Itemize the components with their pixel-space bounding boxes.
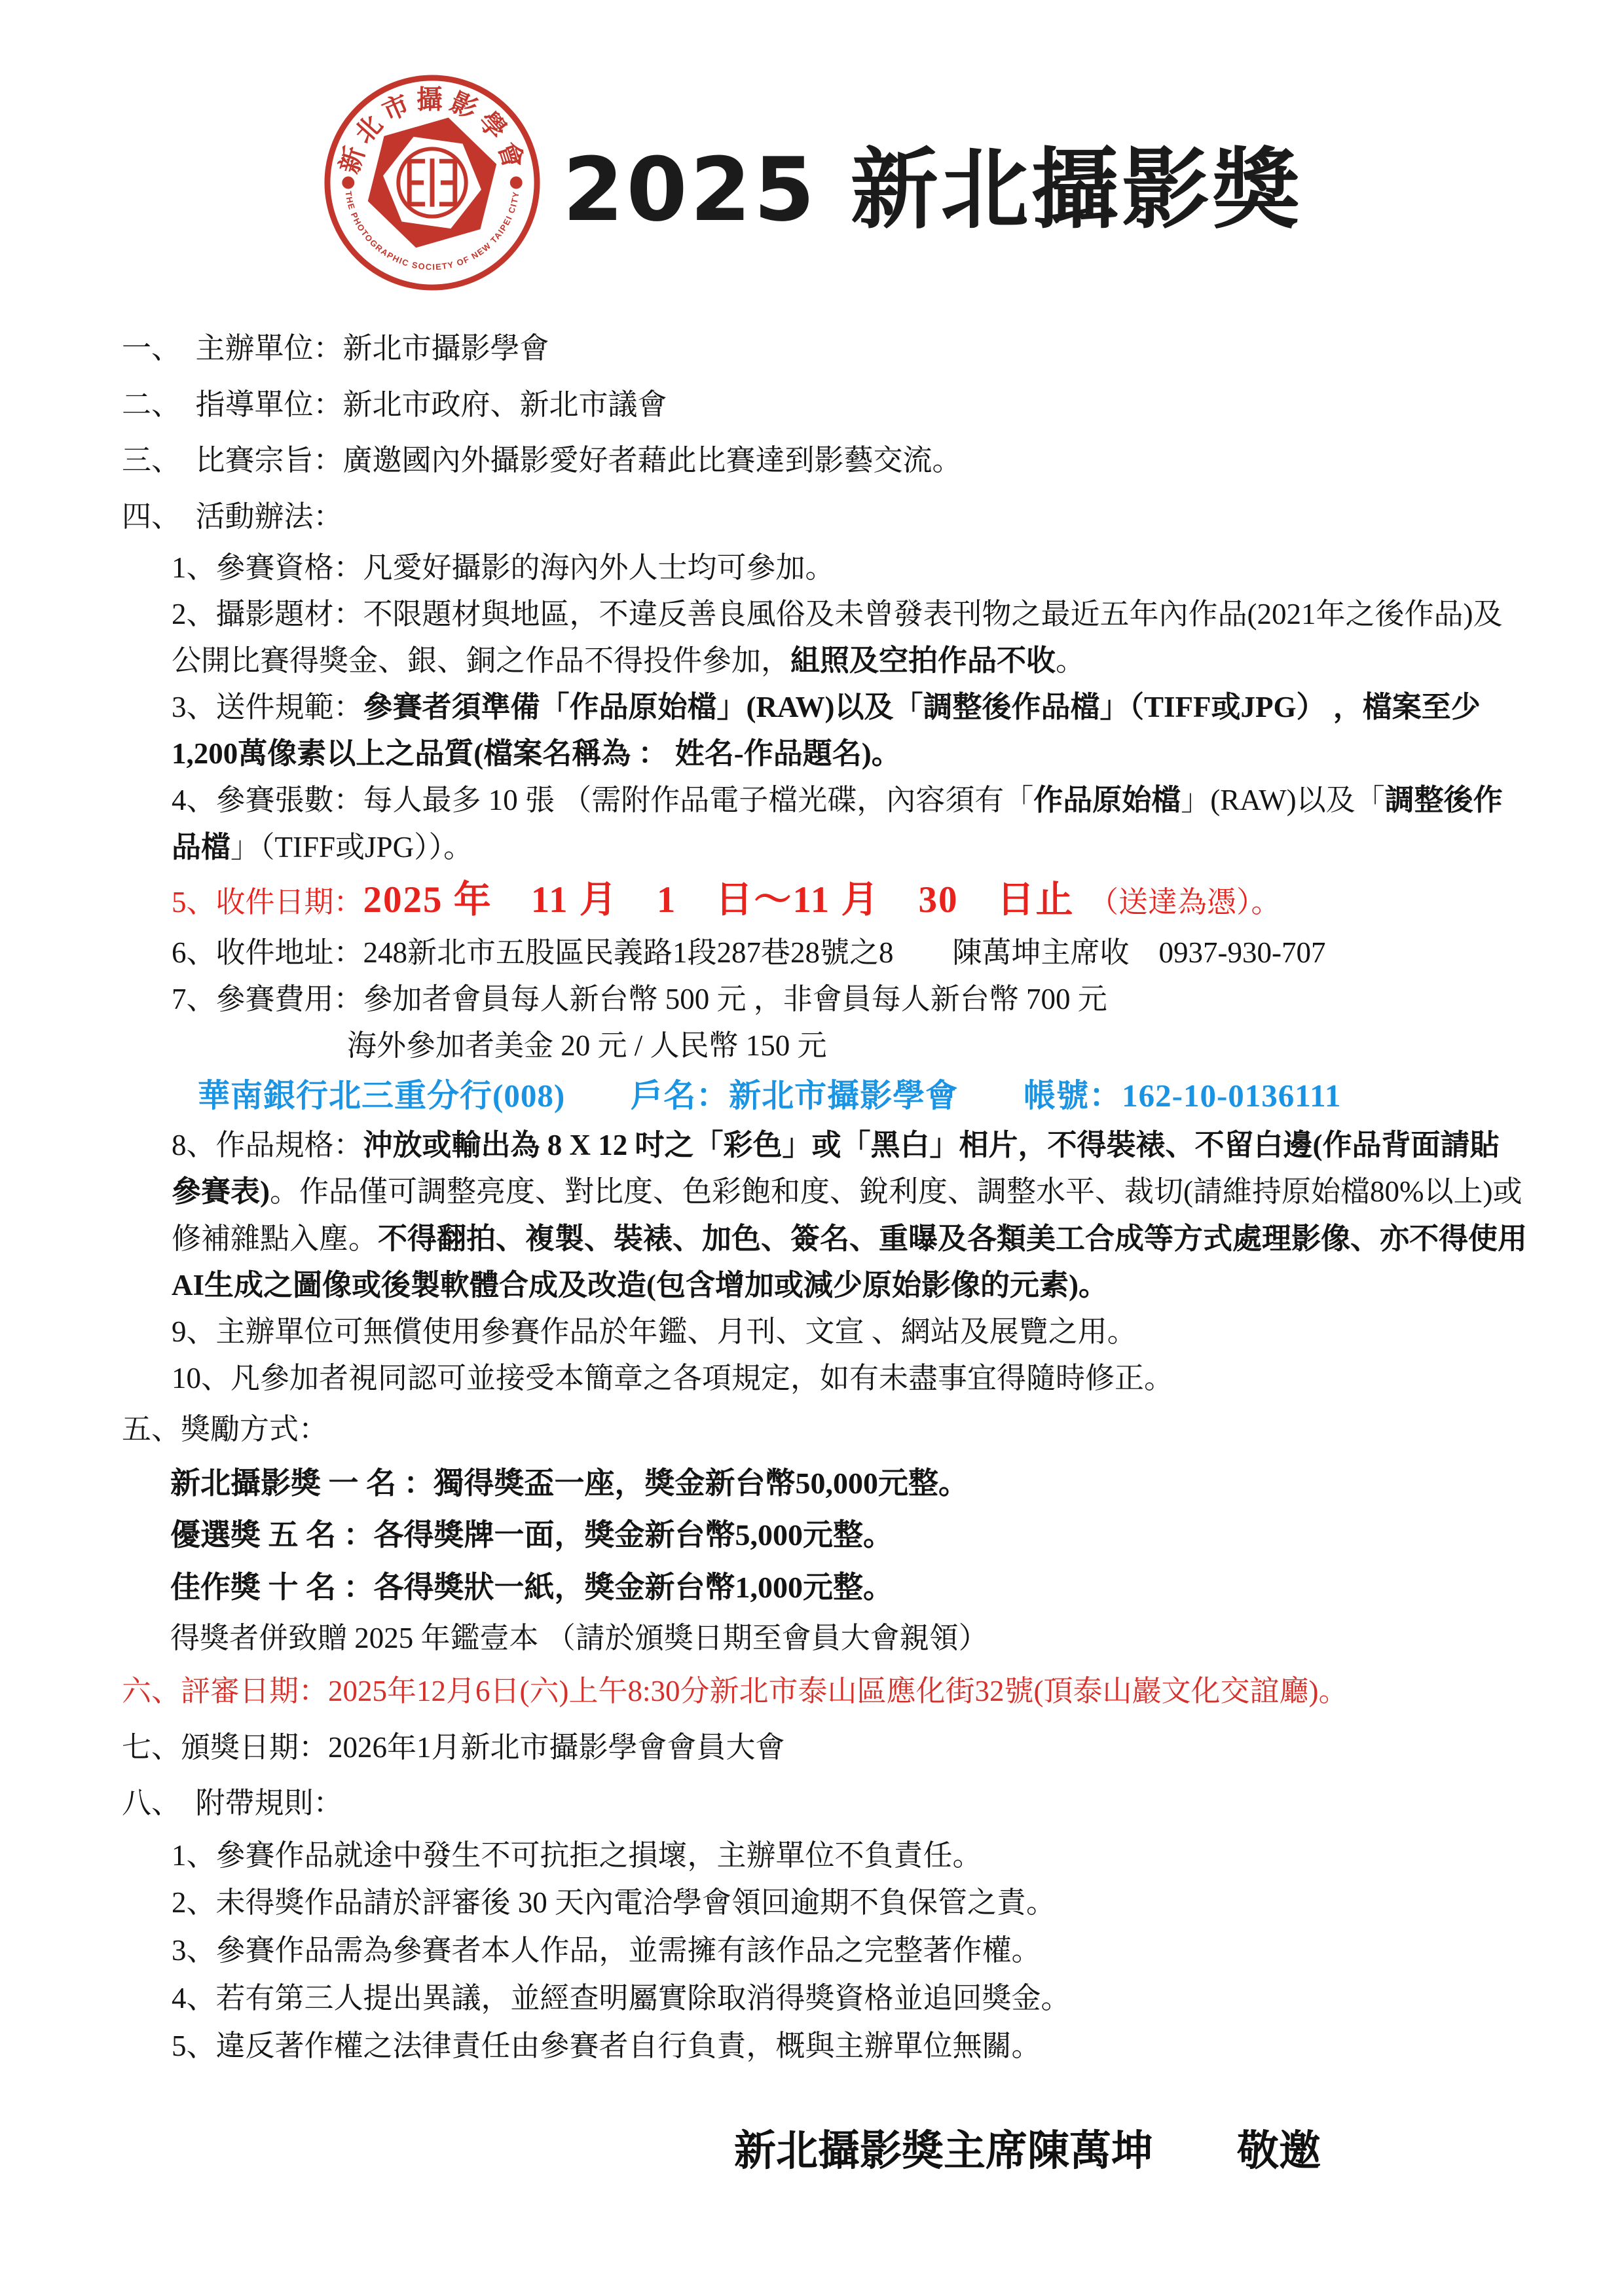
bank-account-line: 華南銀行北三重分行(008) 戶名：新北市攝影學會 帳號：162-10-0136…: [198, 1069, 1528, 1122]
method-item-7-fees: 7、參賽費用：參加者會員每人新台幣 500 元 ，非會員每人新台幣 700 元: [172, 976, 1528, 1023]
award-grand-prize: 新北攝影獎 一 名 ：獨得獎盃一座，獎金新台幣50,000元整。: [170, 1457, 1528, 1509]
seal-right-dot: [510, 177, 523, 189]
section-method-heading: 四、 活動辦法：: [122, 489, 1528, 545]
document-body: 一、 主辦單位：新北市攝影學會 二、 指導單位：新北市政府、新北市議會 三、 比…: [0, 293, 1624, 2178]
section-organizer: 一、 主辦單位：新北市攝影學會: [122, 321, 1528, 377]
segment: 。: [1056, 644, 1085, 677]
method-item-6-address: 6、收件地址：248新北市五股區民義路1段287巷28號之8 陳萬坤主席收 09…: [172, 930, 1528, 976]
rule-item: 2、未得獎作品請於評審後 30 天內電洽學會領回逾期不負保管之責。: [172, 1879, 1528, 1927]
document-header: 新北市攝影學會 THE PHOTOGRAPHIC SOCIETY OF NEW …: [0, 0, 1624, 293]
photographic-society-seal-logo: 新北市攝影學會 THE PHOTOGRAPHIC SOCIETY OF NEW …: [322, 72, 543, 293]
method-list: 1、參賽資格：凡愛好攝影的海內外人士均可參加。 2、攝影題材：不限題材與地區，不…: [172, 545, 1528, 1069]
method-item-1: 1、參賽資格：凡愛好攝影的海內外人士均可參加。: [172, 545, 1528, 591]
section-advisor: 二、 指導單位：新北市政府、新北市議會: [122, 377, 1528, 433]
award-merit-prize: 優選獎 五 名 ：各得獎牌一面，獎金新台幣5,000元整。: [170, 1509, 1528, 1561]
page-title: 2025 新北攝影獎: [563, 120, 1302, 246]
segment: 4、參賽張數：每人最多 10 張 （需附作品電子檔光碟，內容須有「: [172, 784, 1033, 816]
segment-bold: 組照及空拍作品不收: [790, 644, 1056, 677]
segment: 8、作品規格：: [172, 1129, 363, 1161]
segment-bold: 參賽者須準備「作品原始檔」(RAW)以及「調整後作品檔」（TIFF或JPG） ，…: [172, 691, 1481, 770]
deadline-note: （送達為憑）。: [1104, 886, 1281, 919]
method-item-10: 10、凡參加者視同認可並接受本簡章之各項規定，如有未盡事宜得隨時修正。: [172, 1355, 1528, 1402]
method-item-4: 4、參賽張數：每人最多 10 張 （需附作品電子檔光碟，內容須有「作品原始檔」(…: [172, 777, 1528, 870]
deadline-label: 5、收件日期：: [172, 886, 363, 919]
method-item-8-spec: 8、作品規格：沖放或輸出為 8 X 12 吋之「彩色」或「黑白」相片，不得裝裱、…: [172, 1122, 1528, 1308]
section-ceremony-date: 七、頒獎日期：2026年1月新北市攝影學會會員大會: [122, 1720, 1528, 1776]
method-list-continued: 8、作品規格：沖放或輸出為 8 X 12 吋之「彩色」或「黑白」相片，不得裝裱、…: [172, 1122, 1528, 1402]
method-item-3: 3、送件規範：參賽者須準備「作品原始檔」(RAW)以及「調整後作品檔」（TIFF…: [172, 684, 1528, 777]
rule-item: 3、參賽作品需為參賽者本人作品，並需擁有該作品之完整著作權。: [172, 1927, 1528, 1975]
method-item-5-deadline: 5、收件日期：2025 年 11 月 1 日～11 月 30 日止 （送達為憑）…: [172, 871, 1528, 930]
method-item-2: 2、攝影題材：不限題材與地區，不違反善良風俗及未曾發表刊物之最近五年內作品(20…: [172, 591, 1528, 684]
section-awards-heading: 五、獎勵方式：: [122, 1402, 1528, 1458]
section-rules-heading: 八、 附帶規則：: [122, 1776, 1528, 1832]
award-yearbook-note: 得獎者併致贈 2025 年鑑壹本 （請於頒獎日期至會員大會親領）: [170, 1613, 1528, 1664]
awards-list: 新北攝影獎 一 名 ：獨得獎盃一座，獎金新台幣50,000元整。 優選獎 五 名…: [170, 1457, 1528, 1664]
rule-item: 5、違反著作權之法律責任由參賽者自行負責，概與主辦單位無關。: [172, 2022, 1528, 2070]
method-item-9: 9、主辦單位可無償使用參賽作品於年鑑、月刊、文宣 、網站及展覽之用。: [172, 1309, 1528, 1355]
segment-bold: 作品原始檔: [1033, 784, 1181, 816]
section-purpose: 三、 比賽宗旨：廣邀國內外攝影愛好者藉此比賽達到影藝交流。: [122, 433, 1528, 489]
contest-announcement-page: 新北市攝影學會 THE PHOTOGRAPHIC SOCIETY OF NEW …: [0, 0, 1624, 2296]
deadline-date: 2025 年 11 月 1 日～11 月 30 日止: [363, 879, 1075, 920]
rule-item: 4、若有第三人提出異議，並經查明屬實除取消得獎資格並追回獎金。: [172, 1975, 1528, 2022]
segment: 」（TIFF或JPG））。: [231, 831, 473, 864]
closing-signature: 新北攝影獎主席陳萬坤 敬邀: [122, 2117, 1528, 2178]
rules-list: 1、參賽作品就途中發生不可抗拒之損壞，主辦單位不負責任。 2、未得獎作品請於評審…: [172, 1832, 1528, 2070]
rule-item: 1、參賽作品就途中發生不可抗拒之損壞，主辦單位不負責任。: [172, 1832, 1528, 1880]
method-item-7-overseas-fees: 海外參加者美金 20 元 / 人民幣 150 元: [172, 1023, 1528, 1069]
segment: 」(RAW)以及「: [1181, 784, 1384, 816]
section-review-date: 六、評審日期：2025年12月6日(六)上午8:30分新北市泰山區應化街32號(…: [122, 1664, 1528, 1720]
award-honorable-mention: 佳作獎 十 名 ：各得獎狀一紙，獎金新台幣1,000元整。: [170, 1561, 1528, 1613]
seal-left-dot: [342, 177, 355, 189]
segment: 3、送件規範：: [172, 691, 363, 723]
